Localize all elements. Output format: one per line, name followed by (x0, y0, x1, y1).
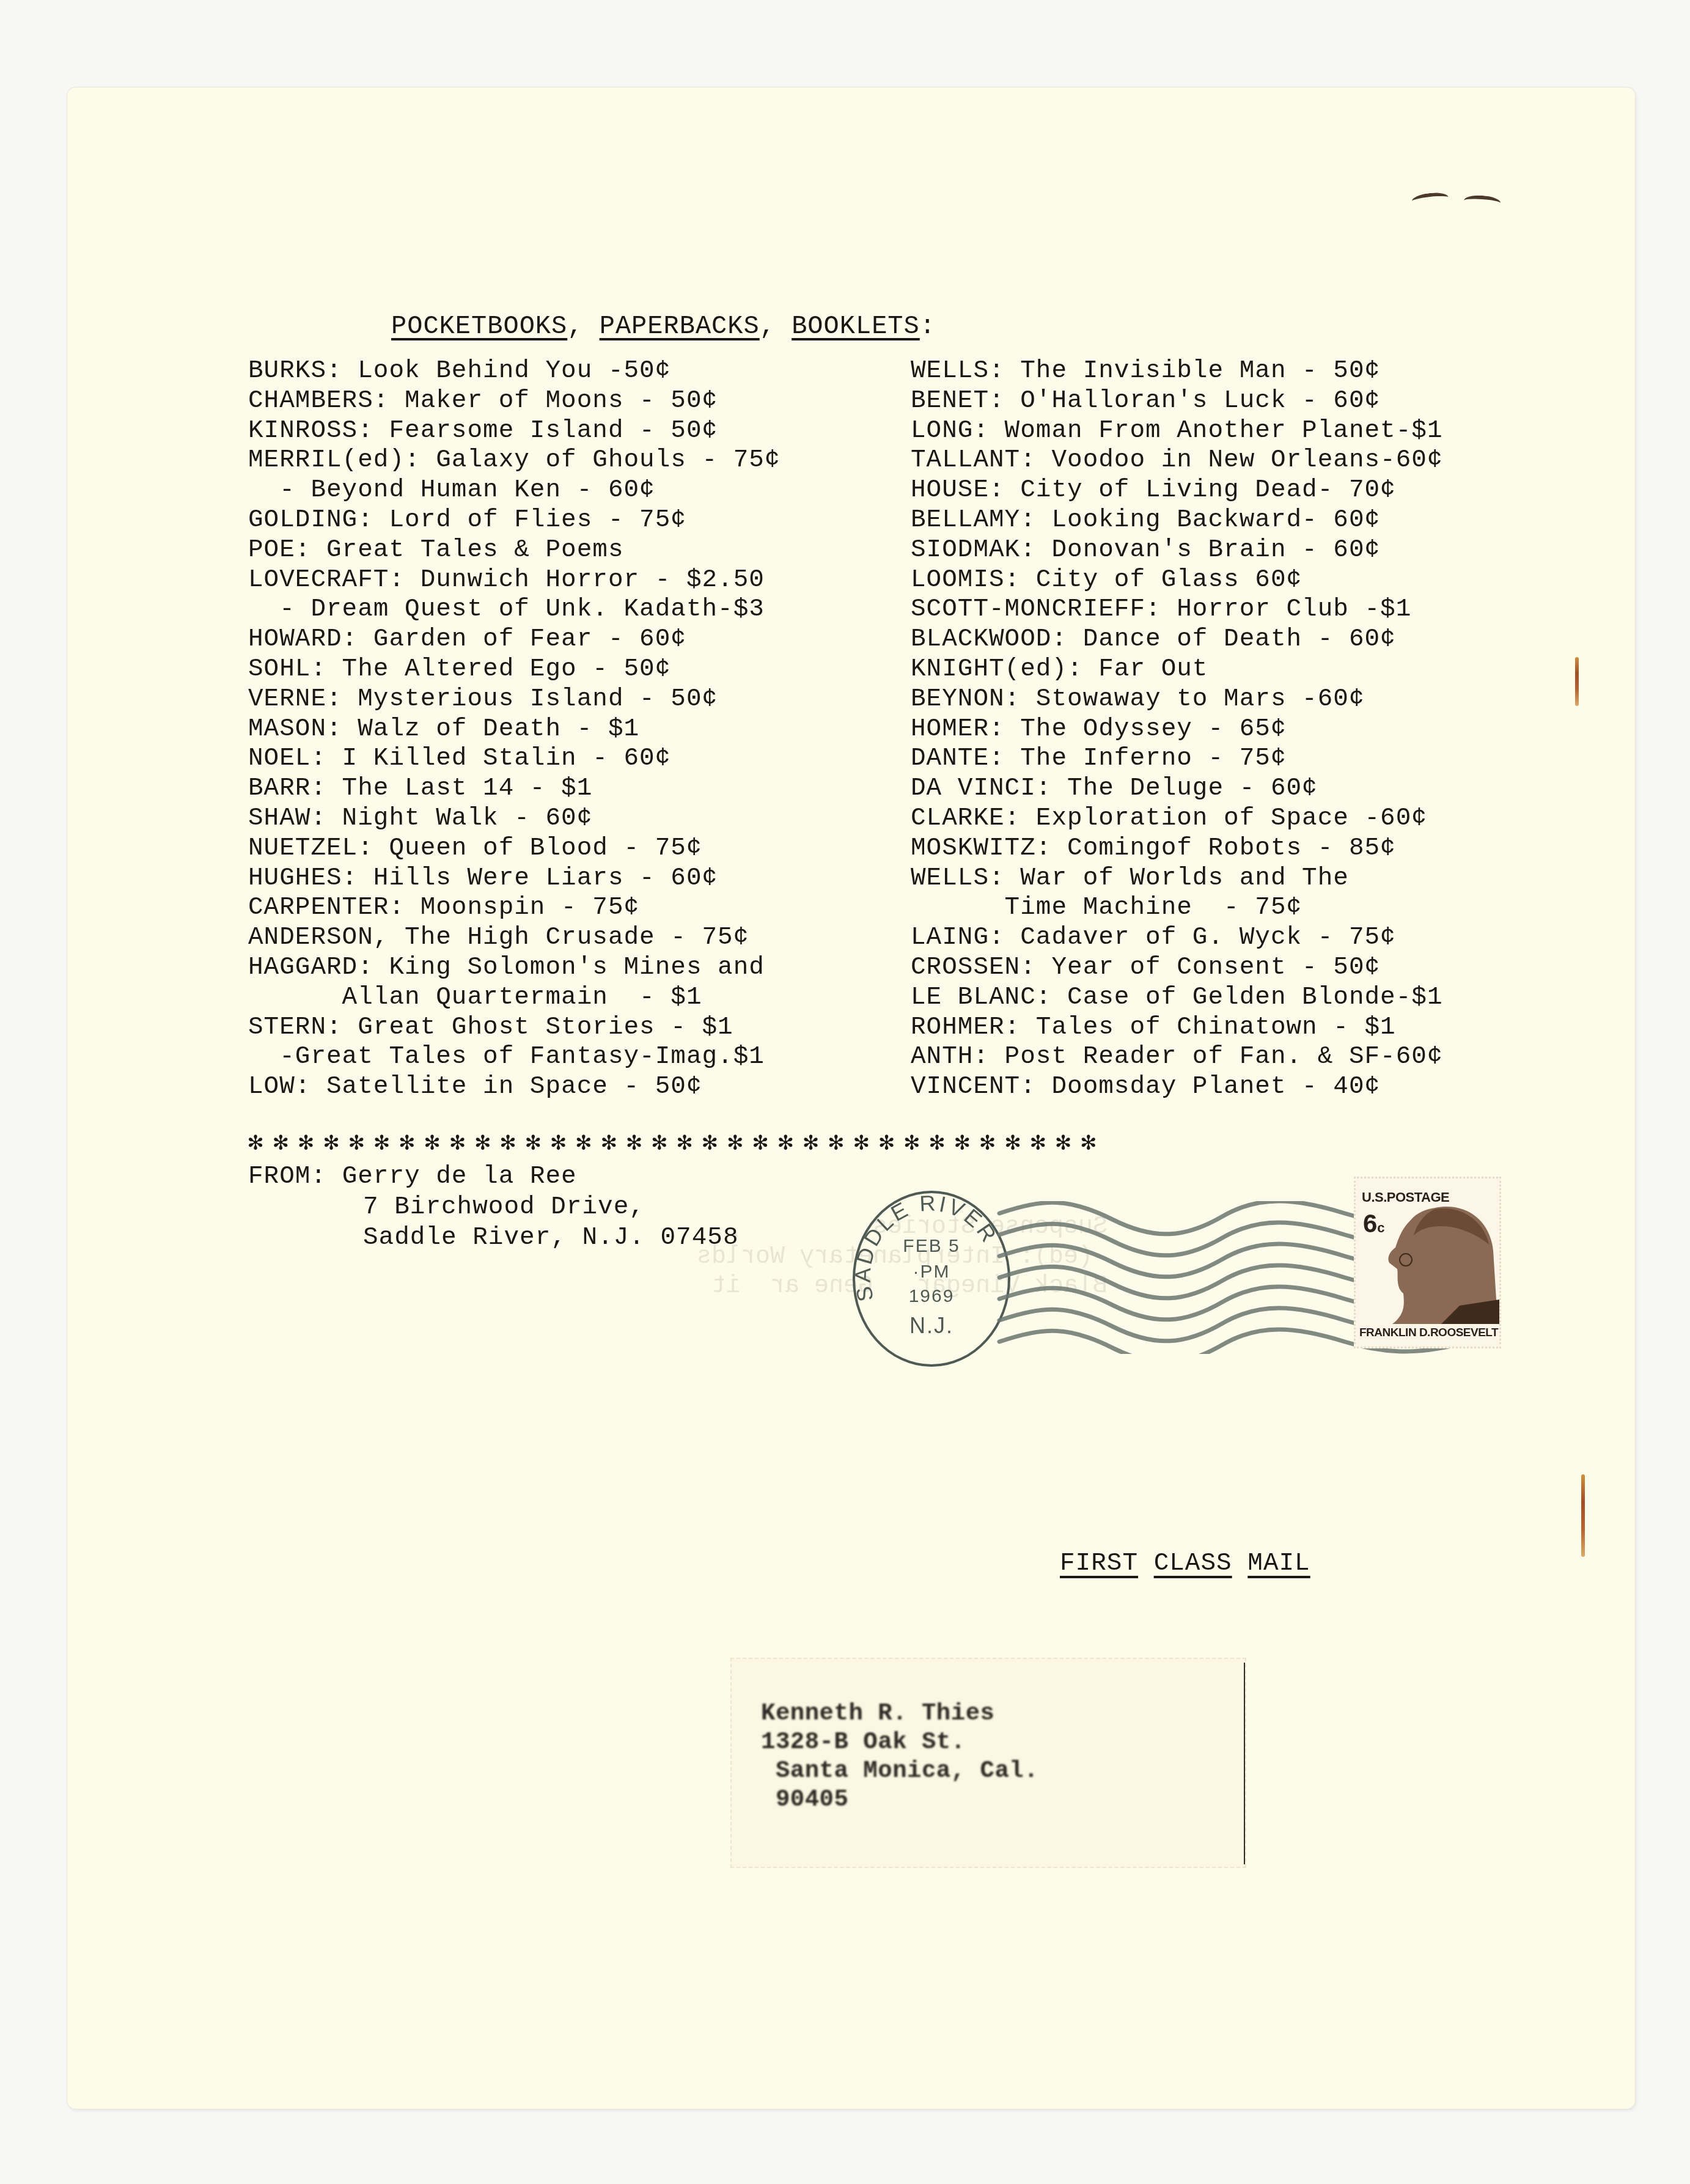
book-list-right: WELLS: The Invisible Man - 50¢BENET: O'H… (911, 356, 1443, 1102)
book-listing: NOEL: I Killed Stalin - 60¢ (248, 744, 781, 774)
recipient-city: Santa Monica, Cal. (761, 1757, 1038, 1785)
book-listing: CROSSEN: Year of Consent - 50¢ (911, 953, 1443, 983)
stamp-value-number: 6 (1363, 1209, 1377, 1238)
book-listing: POE: Great Tales & Poems (248, 535, 781, 565)
book-listing: CARPENTER: Moonspin - 75¢ (248, 893, 781, 923)
book-listing: BEYNON: Stowaway to Mars -60¢ (911, 685, 1443, 715)
book-listing: LONG: Woman From Another Planet-$1 (911, 416, 1443, 446)
book-listing: CHAMBERS: Maker of Moons - 50¢ (248, 386, 781, 416)
book-listing: LOOMIS: City of Glass 60¢ (911, 565, 1443, 595)
heading-separator: , (760, 312, 792, 341)
asterisk-icon: ✻ (702, 1130, 727, 1160)
heading-part-pocketbooks: POCKETBOOKS (391, 312, 567, 341)
asterisk-icon: ✻ (324, 1130, 349, 1160)
asterisk-icon: ✻ (400, 1130, 425, 1160)
book-listing: SHAW: Night Walk - 60¢ (248, 804, 781, 834)
sender-name: Gerry de la Ree (342, 1163, 577, 1191)
mail-class-word: MAIL (1247, 1550, 1310, 1578)
book-listing: BLACKWOOD: Dance of Death - 60¢ (911, 625, 1443, 655)
stamp-value-unit: c (1377, 1220, 1384, 1235)
asterisk-icon: ✻ (601, 1130, 626, 1160)
asterisk-icon: ✻ (374, 1130, 399, 1160)
book-listing: Allan Quartermain - $1 (248, 983, 781, 1013)
asterisk-icon: ✻ (980, 1130, 1005, 1160)
asterisk-icon: ✻ (854, 1130, 879, 1160)
book-listing: HOMER: The Odyssey - 65¢ (911, 715, 1443, 745)
book-listing: Time Machine - 75¢ (911, 893, 1443, 923)
book-listing: - Beyond Human Ken - 60¢ (248, 476, 781, 506)
sender-address: FROM: Gerry de la Ree 7 Birchwood Drive,… (248, 1161, 739, 1253)
asterisk-icon: ✻ (879, 1130, 904, 1160)
section-heading: POCKETBOOKS, PAPERBACKS, BOOKLETS: (391, 312, 936, 342)
asterisk-icon: ✻ (728, 1130, 753, 1160)
book-listing: LOW: Satellite in Space - 50¢ (248, 1072, 781, 1102)
asterisk-icon: ✻ (677, 1130, 702, 1160)
asterisk-icon: ✻ (626, 1130, 652, 1160)
rust-mark-upper (1575, 657, 1579, 706)
book-listing: DANTE: The Inferno - 75¢ (911, 744, 1443, 774)
book-listing: - Dream Quest of Unk. Kadath-$3 (248, 595, 781, 625)
recipient-name: Kenneth R. Thies (761, 1699, 1038, 1728)
book-listing: LE BLANC: Case of Gelden Blonde-$1 (911, 983, 1443, 1013)
heading-part-paperbacks: PAPERBACKS (600, 312, 760, 341)
sender-label: FROM: (248, 1163, 326, 1191)
book-listing: HOUSE: City of Living Dead- 70¢ (911, 476, 1443, 506)
book-listing: ROHMER: Tales of Chinatown - $1 (911, 1013, 1443, 1043)
postage-stamp: U.S.POSTAGE 6c FRANKLIN D.ROOSEVELT (1354, 1177, 1501, 1348)
asterisk-icon: ✻ (248, 1130, 273, 1160)
book-listing: SIODMAK: Donovan's Brain - 60¢ (911, 535, 1443, 565)
book-listing: KNIGHT(ed): Far Out (911, 655, 1443, 685)
asterisk-icon: ✻ (501, 1130, 526, 1160)
book-listing: BURKS: Look Behind You -50¢ (248, 356, 781, 386)
asterisk-divider: ✻✻✻✻✻✻✻✻✻✻✻✻✻✻✻✻✻✻✻✻✻✻✻✻✻✻✻✻✻✻✻✻✻✻ (248, 1130, 1106, 1160)
book-listing: BELLAMY: Looking Backward- 60¢ (911, 506, 1443, 535)
book-listing: -Great Tales of Fantasy-Imag.$1 (248, 1042, 781, 1072)
asterisk-icon: ✻ (299, 1130, 324, 1160)
sender-street: 7 Birchwood Drive, (363, 1193, 645, 1221)
asterisk-icon: ✻ (753, 1130, 778, 1160)
heading-suffix: : (920, 312, 936, 341)
asterisk-icon: ✻ (1031, 1130, 1056, 1160)
book-list-left: BURKS: Look Behind You -50¢CHAMBERS: Mak… (248, 356, 781, 1102)
recipient-street: 1328-B Oak St. (761, 1728, 1038, 1757)
asterisk-icon: ✻ (476, 1130, 501, 1160)
asterisk-icon: ✻ (551, 1130, 576, 1160)
rust-mark-lower (1581, 1474, 1585, 1557)
asterisk-icon: ✻ (930, 1130, 955, 1160)
book-listing: KINROSS: Fearsome Island - 50¢ (248, 416, 781, 446)
book-listing: HUGHES: Hills Were Liars - 60¢ (248, 864, 781, 894)
asterisk-icon: ✻ (349, 1130, 374, 1160)
book-listing: TALLANT: Voodoo in New Orleans-60¢ (911, 446, 1443, 476)
mail-class-word: CLASS (1154, 1550, 1232, 1578)
stamp-header: U.S.POSTAGE (1362, 1189, 1449, 1205)
asterisk-icon: ✻ (829, 1130, 854, 1160)
asterisk-icon: ✻ (273, 1130, 298, 1160)
book-listing: ANTH: Post Reader of Fan. & SF-60¢ (911, 1042, 1443, 1072)
asterisk-icon: ✻ (526, 1130, 551, 1160)
book-listing: MERRIL(ed): Galaxy of Ghouls - 75¢ (248, 446, 781, 476)
asterisk-icon: ✻ (1056, 1130, 1081, 1160)
sender-city: Saddle River, N.J. 07458 (363, 1224, 739, 1252)
asterisk-icon: ✻ (778, 1130, 803, 1160)
book-listing: CLARKE: Exploration of Space -60¢ (911, 804, 1443, 834)
asterisk-icon: ✻ (425, 1130, 450, 1160)
book-listing: MOSKWITZ: Comingof Robots - 85¢ (911, 834, 1443, 864)
book-listing: WELLS: The Invisible Man - 50¢ (911, 356, 1443, 386)
stamp-value: 6c (1363, 1209, 1385, 1238)
mail-class-word: FIRST (1060, 1550, 1138, 1578)
book-listing: SOHL: The Altered Ego - 50¢ (248, 655, 781, 685)
stamp-name: FRANKLIN D.ROOSEVELT (1359, 1326, 1498, 1340)
book-listing: DA VINCI: The Deluge - 60¢ (911, 774, 1443, 804)
recipient-address: Kenneth R. Thies 1328-B Oak St. Santa Mo… (761, 1699, 1038, 1814)
book-listing: BENET: O'Halloran's Luck - 60¢ (911, 386, 1443, 416)
roosevelt-portrait-icon (1368, 1202, 1499, 1324)
heading-separator: , (567, 312, 599, 341)
book-listing: LOVECRAFT: Dunwich Horror - $2.50 (248, 565, 781, 595)
book-listing: HAGGARD: King Solomon's Mines and (248, 953, 781, 983)
heading-part-booklets: BOOKLETS (792, 312, 920, 341)
asterisk-icon: ✻ (450, 1130, 475, 1160)
asterisk-icon: ✻ (576, 1130, 601, 1160)
book-listing: MASON: Walz of Death - $1 (248, 715, 781, 745)
book-listing: VINCENT: Doomsday Planet - 40¢ (911, 1072, 1443, 1102)
label-edge-line (1244, 1663, 1245, 1864)
book-listing: VERNE: Mysterious Island - 50¢ (248, 685, 781, 715)
book-listing: GOLDING: Lord of Flies - 75¢ (248, 506, 781, 535)
asterisk-icon: ✻ (955, 1130, 980, 1160)
book-listing: HOWARD: Garden of Fear - 60¢ (248, 625, 781, 655)
asterisk-icon: ✻ (652, 1130, 677, 1160)
book-listing: SCOTT-MONCRIEFF: Horror Club -$1 (911, 595, 1443, 625)
asterisk-icon: ✻ (1081, 1130, 1106, 1160)
book-listing: ANDERSON, The High Crusade - 75¢ (248, 923, 781, 953)
book-listing: WELLS: War of Worlds and The (911, 864, 1443, 894)
first-class-mail-label: FIRST CLASS MAIL (1060, 1550, 1310, 1578)
book-listing: BARR: The Last 14 - $1 (248, 774, 781, 804)
recipient-zip: 90405 (761, 1785, 1038, 1814)
asterisk-icon: ✻ (804, 1130, 829, 1160)
asterisk-icon: ✻ (905, 1130, 930, 1160)
asterisk-icon: ✻ (1005, 1130, 1031, 1160)
book-listing: STERN: Great Ghost Stories - $1 (248, 1013, 781, 1043)
book-listing: LAING: Cadaver of G. Wyck - 75¢ (911, 923, 1443, 953)
book-listing: NUETZEL: Queen of Blood - 75¢ (248, 834, 781, 864)
